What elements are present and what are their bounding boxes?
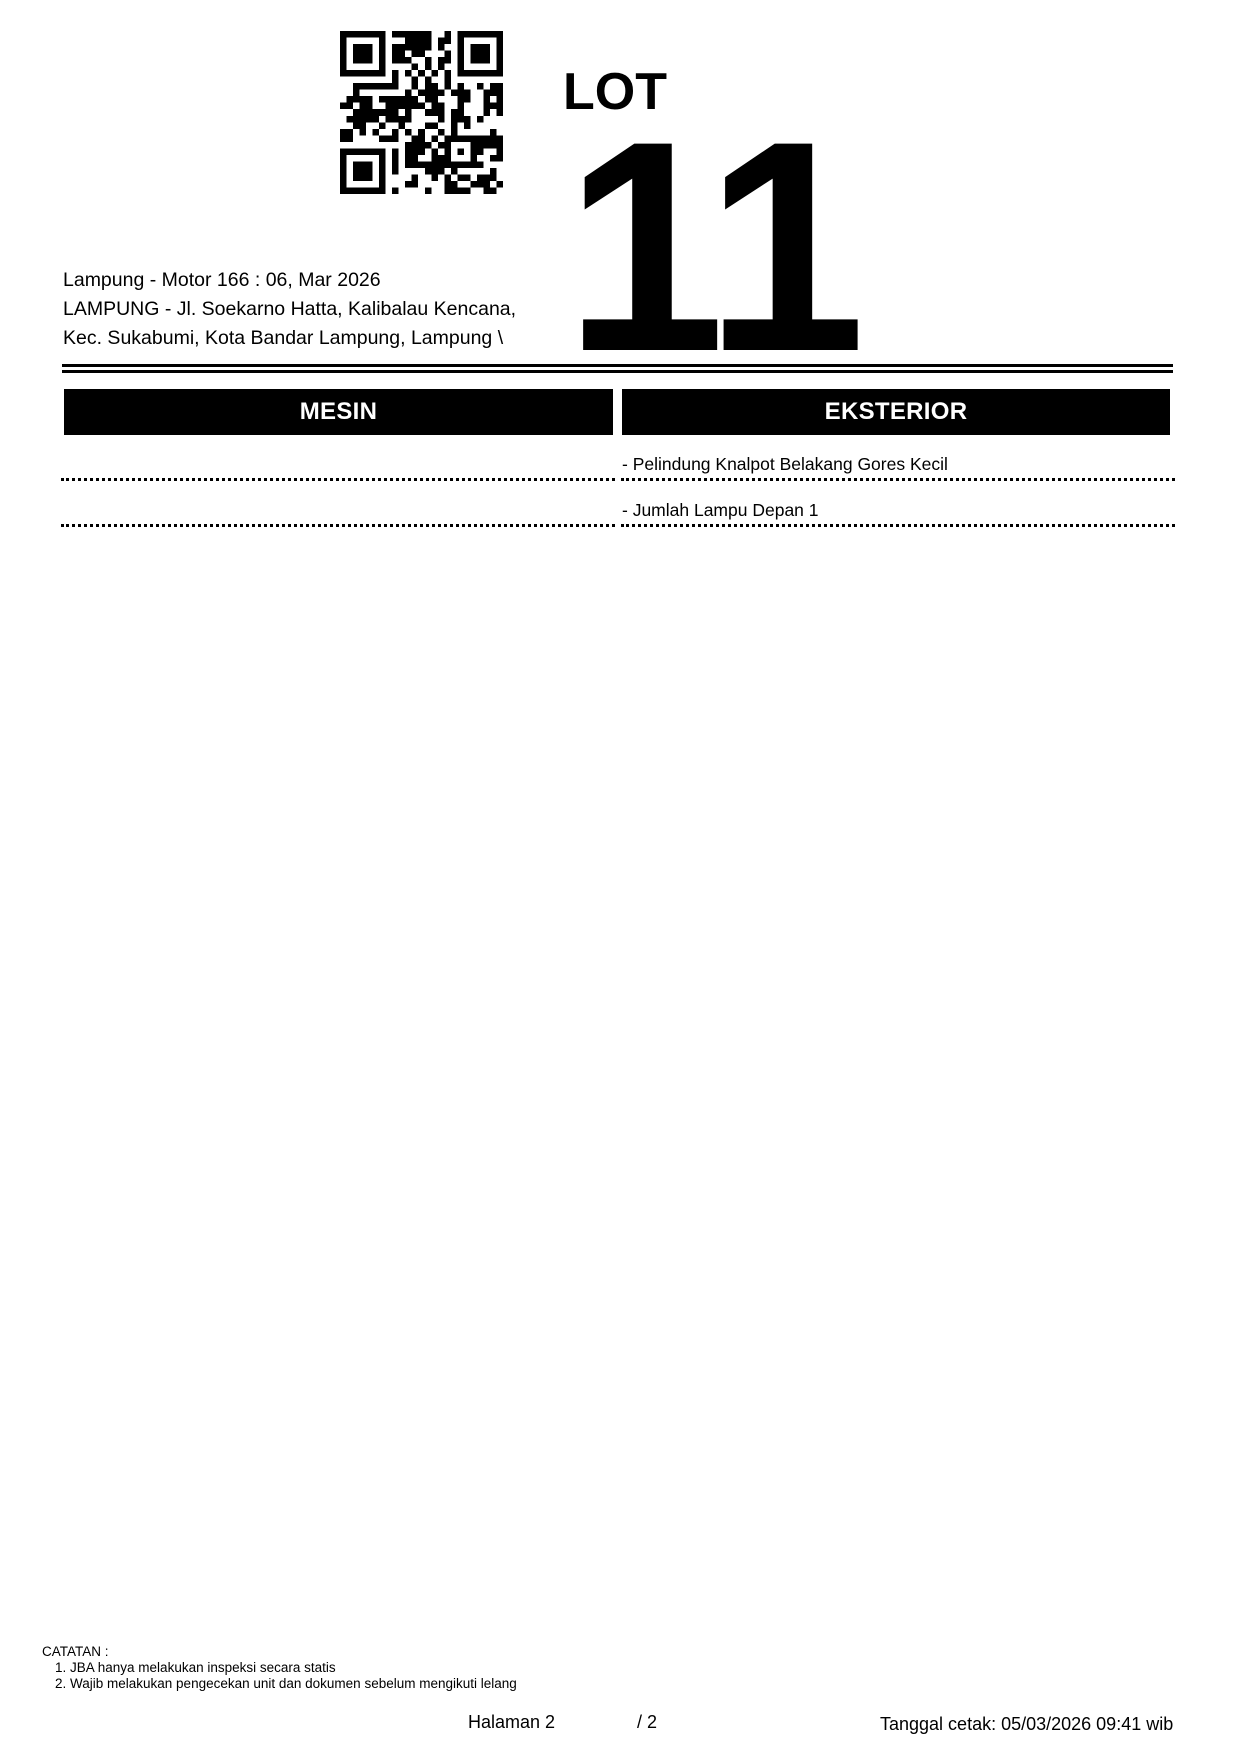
qr-code-icon <box>340 31 503 194</box>
auction-info: Lampung - Motor 166 : 06, Mar 2026 LAMPU… <box>63 266 516 353</box>
address-line-2: Kec. Sukabumi, Kota Bandar Lampung, Lamp… <box>63 324 516 353</box>
lot-number: 11 <box>565 96 862 396</box>
section-mesin: MESIN <box>64 389 613 527</box>
divider-line <box>62 364 1173 367</box>
dotted-divider <box>61 524 615 527</box>
list-item: - Jumlah Lampu Depan 1 <box>622 481 1170 527</box>
note-item: 1. JBA hanya melakukan inspeksi secara s… <box>42 1660 517 1676</box>
list-item-text: - Pelindung Knalpot Belakang Gores Kecil <box>622 454 948 475</box>
page-total: / 2 <box>637 1712 657 1733</box>
dotted-divider <box>621 524 1175 527</box>
list-item-text: - Jumlah Lampu Depan 1 <box>622 500 819 521</box>
page-label: Halaman 2 <box>468 1712 555 1733</box>
address-line-1: LAMPUNG - Jl. Soekarno Hatta, Kalibalau … <box>63 295 516 324</box>
list-item <box>64 481 613 527</box>
note-item: 2. Wajib melakukan pengecekan unit dan d… <box>42 1676 517 1692</box>
print-date: Tanggal cetak: 05/03/2026 09:41 wib <box>880 1714 1173 1735</box>
notes: CATATAN : 1. JBA hanya melakukan inspeks… <box>42 1644 517 1692</box>
section-header-mesin: MESIN <box>64 389 613 435</box>
list-item: - Pelindung Knalpot Belakang Gores Kecil <box>622 435 1170 481</box>
divider-line <box>62 370 1173 373</box>
event-line: Lampung - Motor 166 : 06, Mar 2026 <box>63 266 516 295</box>
notes-title: CATATAN : <box>42 1644 517 1660</box>
list-item <box>64 435 613 481</box>
section-header-eksterior: EKSTERIOR <box>622 389 1170 435</box>
section-eksterior: EKSTERIOR - Pelindung Knalpot Belakang G… <box>622 389 1170 527</box>
